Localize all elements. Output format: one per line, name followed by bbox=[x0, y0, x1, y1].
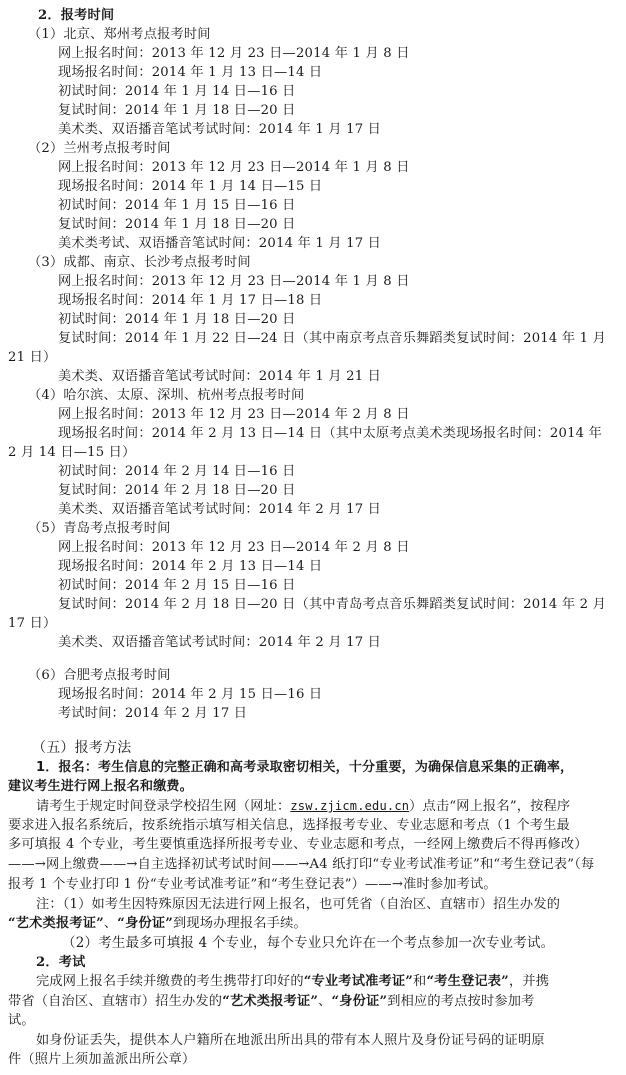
schedule-line: 网上报名时间：2013 年 12 月 23 日—2014 年 2 月 8 日 bbox=[58, 405, 410, 424]
section-title-registration-time: 2．报考时间 bbox=[38, 6, 114, 25]
schedule-line: 复试时间：2014 年 1 月 18 日—20 日 bbox=[58, 215, 296, 234]
registration-paragraph-line-3: 多可填报 4 个专业，考生要慎重选择所报考专业、专业志愿和考点，一经网上缴费后不… bbox=[8, 835, 588, 854]
schedule-line: 网上报名时间：2013 年 12 月 23 日—2014 年 1 月 8 日 bbox=[58, 158, 410, 177]
site-heading-6: （6）合肥考点报考时间 bbox=[28, 666, 170, 685]
schedule-line: 初试时间：2014 年 1 月 15 日—16 日 bbox=[58, 196, 296, 215]
art-exam-permit-text: “艺术类报考证” bbox=[8, 916, 104, 931]
site-heading-5: （5）青岛考点报考时间 bbox=[28, 519, 170, 538]
text-fragment: 完成网上报名手续并缴费的考生携带打印好的 bbox=[36, 974, 304, 989]
note-1-line-1: 注：（1）如考生因特殊原因无法进行网上报名，也可凭省（自治区、直辖市）招生办发的 bbox=[36, 895, 560, 914]
schedule-line: 现场报名时间：2014 年 2 月 13 日—14 日 bbox=[58, 557, 322, 576]
note-2: （2）考生最多可填报 4 个专业，每个专业只允许在一个考点参加一次专业考试。 bbox=[62, 934, 554, 953]
text-fragment: 、 bbox=[318, 994, 331, 1009]
id-card-text: “身份证” bbox=[117, 916, 173, 931]
schedule-line: 复试时间：2014 年 2 月 18 日—20 日 bbox=[58, 481, 296, 500]
schedule-line: 复试时间：2014 年 1 月 18 日—20 日 bbox=[58, 101, 296, 120]
schedule-line: 美术类、双语播音笔试考试时间：2014 年 2 月 17 日 bbox=[58, 633, 381, 652]
schedule-line: 美术类考试、双语播音笔试时间：2014 年 1 月 17 日 bbox=[58, 234, 381, 253]
registration-form-text: “考生登记表” bbox=[426, 974, 509, 989]
art-exam-permit-text: “艺术类报考证” bbox=[222, 994, 318, 1009]
registration-paragraph-line-2: 要求进入报名系统后，按系统指示填写相关信息，选择报考专业、专业志愿和考点（1 个… bbox=[8, 816, 570, 835]
schedule-line: 初试时间：2014 年 1 月 14 日—16 日 bbox=[58, 82, 296, 101]
schedule-line-wrap: 17 日） bbox=[8, 614, 56, 633]
site-heading-4: （4）哈尔滨、太原、深圳、杭州考点报考时间 bbox=[28, 386, 304, 405]
schedule-line: 初试时间：2014 年 2 月 15 日—16 日 bbox=[58, 576, 296, 595]
schedule-line: 美术类、双语播音笔试考试时间：2014 年 2 月 17 日 bbox=[58, 500, 381, 519]
text-fragment: 带省（自治区、直辖市）招生办发的 bbox=[8, 994, 222, 1009]
schedule-line: 网上报名时间：2013 年 12 月 23 日—2014 年 1 月 8 日 bbox=[58, 272, 410, 291]
registration-paragraph-line-5: 报考 1 个专业打印 1 份“专业考试准考证”和“考生登记表”）——→准时参加考… bbox=[8, 875, 497, 894]
registration-paragraph-line-1: 请考生于规定时间登录学校招生网（网址：zsw.zjicm.edu.cn）点击“网… bbox=[36, 797, 570, 816]
admissions-url-link[interactable]: zsw.zjicm.edu.cn bbox=[290, 799, 409, 813]
note-1-line-2: “艺术类报考证”、“身份证”到现场办理报名手续。 bbox=[8, 914, 307, 933]
schedule-line-wrap: 2 月 14 日—15 日） bbox=[8, 443, 135, 462]
schedule-line: 美术类、双语播音笔试考试时间：2014 年 1 月 21 日 bbox=[58, 367, 381, 386]
section-title-application-method: （五）报考方法 bbox=[32, 739, 131, 758]
exam-admission-ticket-text: “专业考试准考证” bbox=[304, 974, 413, 989]
schedule-line: 考试时间：2014 年 2 月 17 日 bbox=[58, 704, 247, 723]
site-heading-2: （2）兰州考点报考时间 bbox=[28, 139, 170, 158]
registration-bold-line-1: 1．报名：考生信息的完整正确和高考录取密切相关，十分重要，为确保信息采集的正确率… bbox=[36, 758, 573, 777]
text-fragment: 和 bbox=[413, 974, 426, 989]
text-fragment: ）点击“网上报名”，按程序 bbox=[409, 799, 570, 814]
exam-paragraph-line-1: 完成网上报名手续并缴费的考生携带打印好的“专业考试准考证”和“考生登记表”，并携 bbox=[36, 972, 549, 991]
text-fragment: 、 bbox=[104, 916, 117, 931]
schedule-line: 美术类、双语播音笔试考试时间：2014 年 1 月 17 日 bbox=[58, 120, 381, 139]
schedule-line: 网上报名时间：2013 年 12 月 23 日—2014 年 1 月 8 日 bbox=[58, 44, 410, 63]
lost-id-paragraph-line-2: 件（照片上须加盖派出所公章） bbox=[8, 1050, 195, 1069]
text-fragment: ，并携 bbox=[509, 974, 549, 989]
schedule-line: 复试时间：2014 年 2 月 18 日—20 日（其中青岛考点音乐舞蹈类复试时… bbox=[58, 595, 606, 614]
site-heading-3: （3）成都、南京、长沙考点报考时间 bbox=[28, 253, 251, 272]
exam-paragraph-line-2: 带省（自治区、直辖市）招生办发的“艺术类报考证”、“身份证”到相应的考点按时参加… bbox=[8, 992, 535, 1011]
schedule-line-wrap: 21 日） bbox=[8, 348, 56, 367]
exam-paragraph-line-3: 试。 bbox=[8, 1011, 35, 1030]
schedule-line: 初试时间：2014 年 2 月 14 日—16 日 bbox=[58, 462, 296, 481]
schedule-line: 现场报名时间：2014 年 1 月 17 日—18 日 bbox=[58, 291, 322, 310]
schedule-line: 现场报名时间：2014 年 1 月 14 日—15 日 bbox=[58, 177, 322, 196]
schedule-line: 复试时间：2014 年 1 月 22 日—24 日（其中南京考点音乐舞蹈类复试时… bbox=[58, 329, 606, 348]
text-fragment: 到现场办理报名手续。 bbox=[173, 916, 307, 931]
schedule-line: 现场报名时间：2014 年 2 月 13 日—14 日（其中太原考点美术类现场报… bbox=[58, 424, 602, 443]
registration-bold-line-2: 建议考生进行网上报名和缴费。 bbox=[8, 777, 193, 796]
registration-paragraph-line-4: ——→网上缴费——→自主选择初试考试时间——→A4 纸打印“专业考试准考证”和“… bbox=[8, 855, 594, 874]
schedule-line: 初试时间：2014 年 1 月 18 日—20 日 bbox=[58, 310, 296, 329]
text-fragment: 请考生于规定时间登录学校招生网（网址： bbox=[36, 799, 290, 814]
exam-subsection-title: 2．考试 bbox=[36, 953, 86, 972]
site-heading-1: （1）北京、郑州考点报考时间 bbox=[28, 25, 211, 44]
id-card-text: “身份证” bbox=[332, 994, 388, 1009]
schedule-line: 现场报名时间：2014 年 2 月 15 日—16 日 bbox=[58, 685, 322, 704]
lost-id-paragraph-line-1: 如身份证丢失，提供本人户籍所在地派出所出具的带有本人照片及身份证号码的证明原 bbox=[36, 1031, 545, 1050]
text-fragment: 到相应的考点按时参加考 bbox=[387, 994, 534, 1009]
schedule-line: 现场报名时间：2014 年 1 月 13 日—14 日 bbox=[58, 63, 322, 82]
schedule-line: 网上报名时间：2013 年 12 月 23 日—2014 年 2 月 8 日 bbox=[58, 538, 410, 557]
